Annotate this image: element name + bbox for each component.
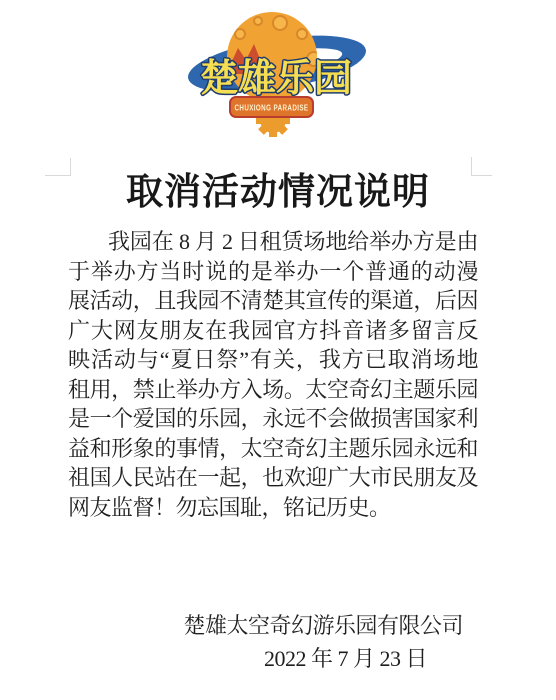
logo-title-cn: 楚雄乐园 <box>200 58 352 100</box>
document-page: 楚雄乐园 CHUXIONG PARADISE 取消活动情况说明 <box>0 0 556 700</box>
body-line: 于举办方当时说的是举办一个普通的动漫 <box>68 257 478 287</box>
logo-banner-text: CHUXIONG PARADISE <box>235 104 309 113</box>
body-line: 祖国人民站在一起，也欢迎广大市民朋友及 <box>68 463 478 493</box>
crater-icon <box>273 16 287 30</box>
park-logo: 楚雄乐园 CHUXIONG PARADISE <box>182 4 372 140</box>
body-line: 租用，禁止举办方入场。太空奇幻主题乐园 <box>68 375 478 405</box>
body-line: 映活动与“夏日祭”有关，我方已取消场地 <box>68 345 478 375</box>
notice-title: 取消活动情况说明 <box>0 170 556 216</box>
logo-banner: CHUXIONG PARADISE <box>230 97 313 117</box>
crater-icon <box>235 29 245 39</box>
body-line: 我园在 8 月 2 日租赁场地给举办方是由 <box>68 227 478 257</box>
crater-icon <box>297 29 307 39</box>
signature-company: 楚雄太空奇幻游乐园有限公司 <box>183 612 463 640</box>
body-line: 网友监督！勿忘国耻，铭记历史。 <box>68 493 478 523</box>
notice-body: 我园在 8 月 2 日租赁场地给举办方是由 于举办方当时说的是举办一个普通的动漫… <box>68 227 478 522</box>
body-line: 展活动，且我园不清楚其宣传的渠道，后因 <box>68 286 478 316</box>
body-line: 是一个爱国的乐园，永远不会做损害国家利 <box>68 404 478 434</box>
body-line: 益和形象的事情，太空奇幻主题乐园永远和 <box>68 434 478 464</box>
signature-date: 2022 年 7 月 23 日 <box>264 645 427 673</box>
crater-icon <box>254 17 262 25</box>
body-line: 广大网友朋友在我园官方抖音诸多留言反 <box>68 316 478 346</box>
